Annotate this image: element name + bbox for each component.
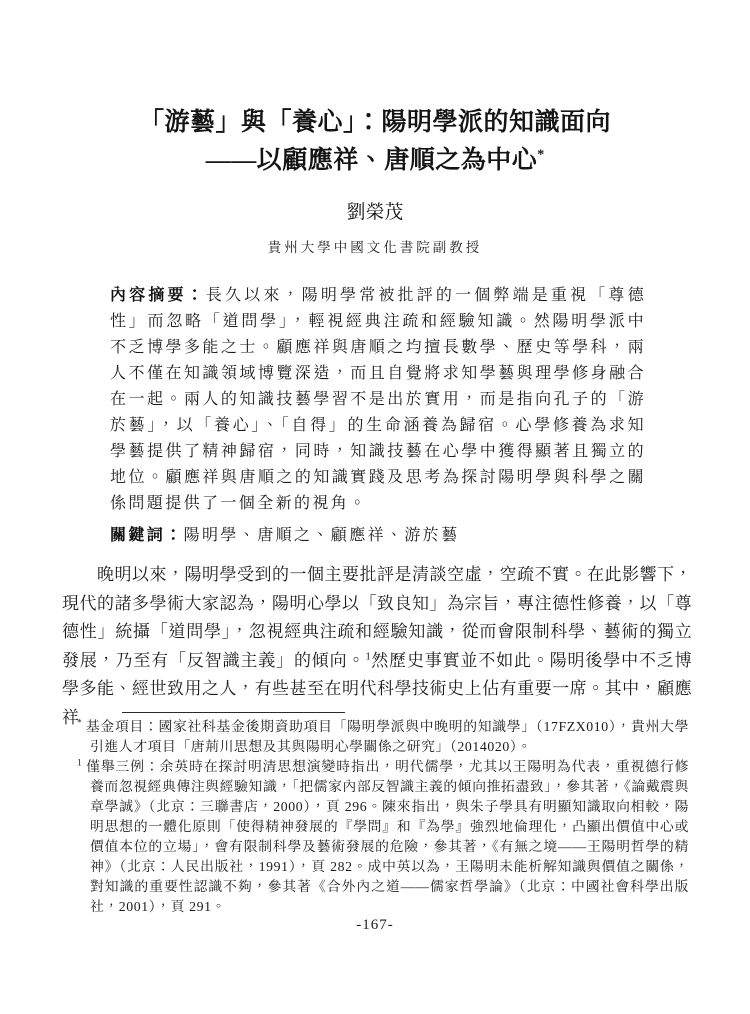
keywords-label: 關鍵詞： (110, 527, 184, 544)
title-footnote-marker: * (537, 148, 544, 163)
page-number: -167- (0, 917, 750, 934)
paper-title: 「游藝」與「養心」：陽明學派的知識面向 ——以顧應祥、唐順之為中心* (0, 104, 750, 180)
abstract-paragraph: 內容摘要：長久以來，陽明學常被批評的一個弊端是重視「尊德性」而忽略「道問學」，輕… (110, 283, 646, 517)
paper-title-line2-text: ——以顧應祥、唐順之為中心 (206, 147, 538, 174)
footnote-1: 1 僅舉三例：余英時在探討明清思想演變時指出，明代儒學，尤其以王陽明為代表，重視… (77, 757, 689, 917)
author-name: 劉榮茂 (0, 197, 750, 224)
footnote-fund-project: * 基金項目：國家社科基金後期資助項目「陽明學派與中晚明的知識學」（17FZX0… (77, 717, 689, 757)
abstract-text: 長久以來，陽明學常被批評的一個弊端是重視「尊德性」而忽略「道問學」，輕視經典注疏… (110, 287, 646, 512)
body-paragraph: 晚明以來，陽明學受到的一個主要批評是清談空虛，空疏不實。在此影響下，現代的諸多學… (62, 561, 692, 732)
paper-page: 「游藝」與「養心」：陽明學派的知識面向 ——以顧應祥、唐順之為中心* 劉榮茂 貴… (0, 0, 750, 1014)
footnotes-section: * 基金項目：國家社科基金後期資助項目「陽明學派與中晚明的知識學」（17FZX0… (77, 717, 689, 917)
keywords-line: 關鍵詞：陽明學、唐順之、顧應祥、游於藝 (110, 522, 670, 545)
abstract-label: 內容摘要： (110, 287, 206, 304)
footnote-marker-1: 1 (77, 758, 82, 768)
footnote-text: 基金項目：國家社科基金後期資助項目「陽明學派與中晚明的知識學」（17FZX010… (86, 719, 689, 754)
paper-title-line2: ——以顧應祥、唐順之為中心* (0, 142, 750, 180)
paper-title-line1: 「游藝」與「養心」：陽明學派的知識面向 (0, 104, 750, 142)
author-affiliation: 貴州大學中國文化書院副教授 (0, 236, 750, 256)
keywords-text: 陽明學、唐順之、顧應祥、游於藝 (184, 527, 460, 544)
footnote-text: 僅舉三例：余英時在探討明清思想演變時指出，明代儒學，尤其以王陽明為代表，重視德行… (86, 759, 689, 914)
footnote-separator-rule (122, 712, 345, 713)
footnote-marker-asterisk: * (77, 718, 82, 728)
